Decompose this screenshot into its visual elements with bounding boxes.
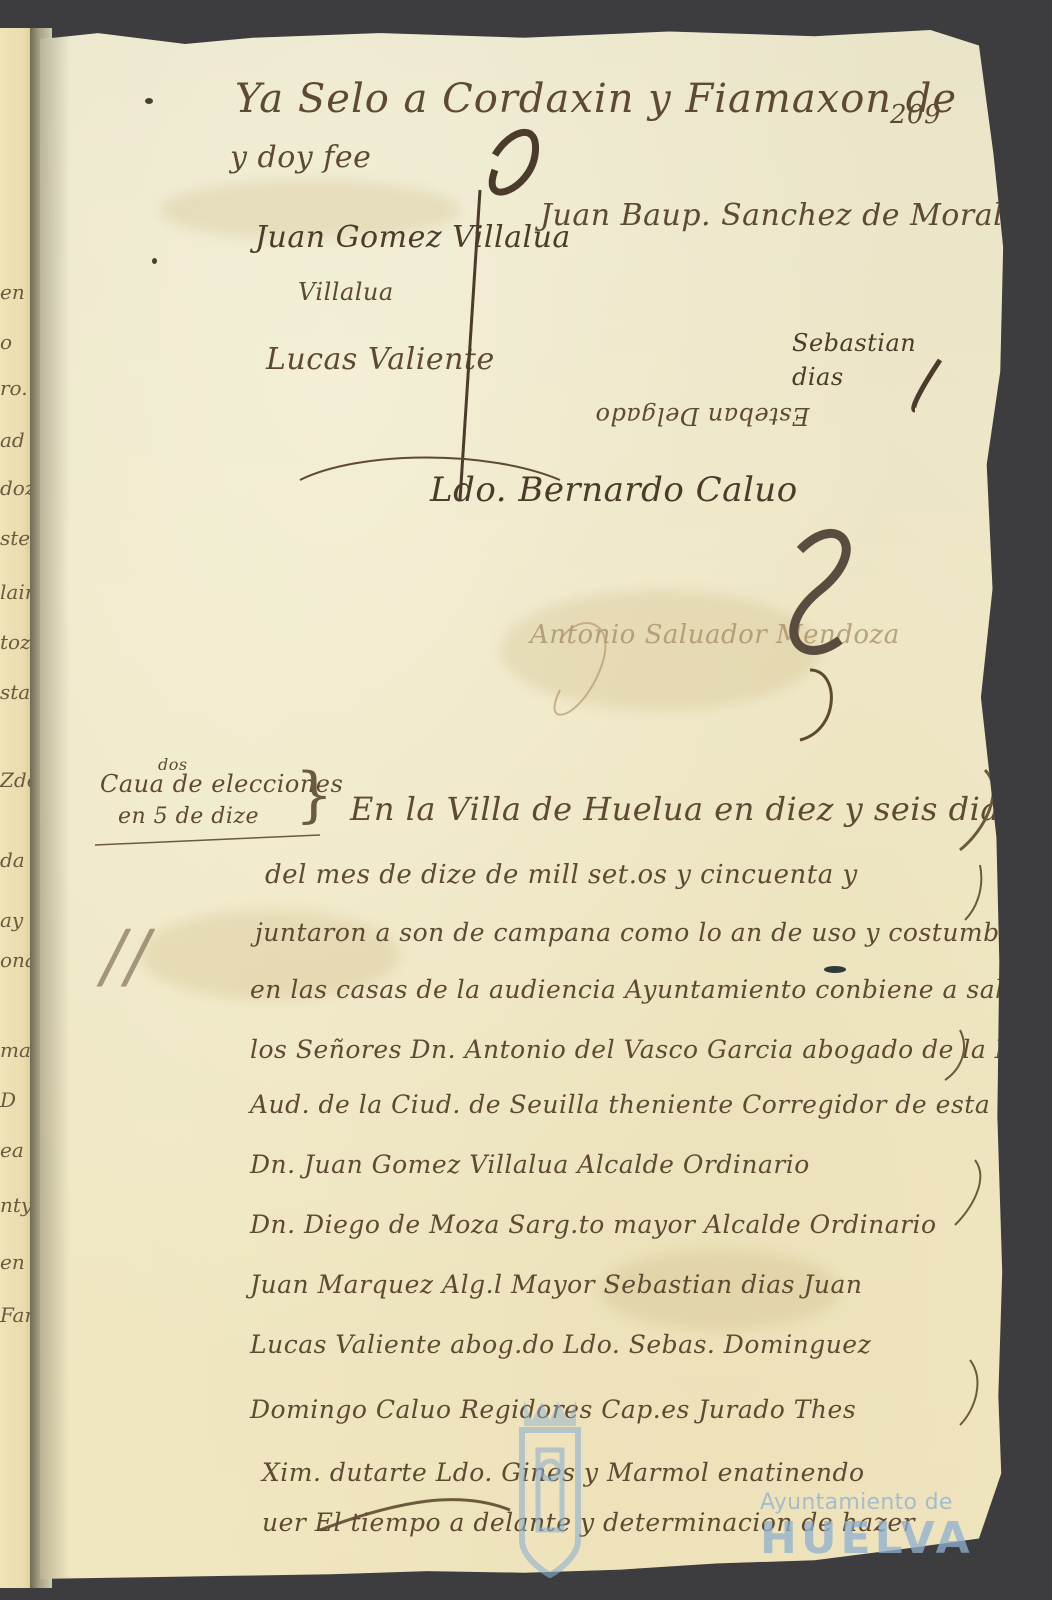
prev-fragment: doz (0, 476, 34, 500)
prev-fragment: ona (0, 948, 34, 972)
prev-fragment: ad (0, 428, 25, 452)
line-end-flourishes (40, 30, 1008, 1582)
prev-fragment: da (0, 848, 25, 872)
prev-fragment: o (0, 330, 12, 354)
prev-fragment: ea (0, 1138, 24, 1162)
archive-watermark: Ayuntamiento de HUELVA (760, 1490, 974, 1564)
prev-fragment: Fana (0, 1303, 34, 1327)
watermark-line2: HUELVA (760, 1513, 974, 1564)
previous-page-strip: en o ro. ad doz ste lain toz stad Zde da… (0, 28, 34, 1588)
prev-fragment: Zde (0, 768, 34, 792)
watermark-line1: Ayuntamiento de (760, 1490, 974, 1515)
prev-fragment: nty (0, 1193, 32, 1217)
prev-fragment: ay (0, 908, 23, 932)
huelva-crest-watermark (510, 1390, 590, 1580)
prev-fragment: ma (0, 1038, 31, 1062)
prev-fragment: ro. (0, 376, 28, 400)
prev-fragment: D (0, 1088, 16, 1112)
prev-fragment: lain (0, 580, 34, 604)
prev-fragment: toz (0, 630, 31, 654)
prev-fragment: en (0, 1250, 25, 1274)
prev-fragment: en (0, 280, 25, 304)
manuscript-leaf: 209 Ya Selo a Cordaxin y Fiamaxon de y d… (40, 30, 1008, 1582)
prev-fragment: stad (0, 680, 34, 704)
manuscript-scan: en o ro. ad doz ste lain toz stad Zde da… (0, 0, 1052, 1600)
prev-fragment: ste (0, 526, 30, 550)
